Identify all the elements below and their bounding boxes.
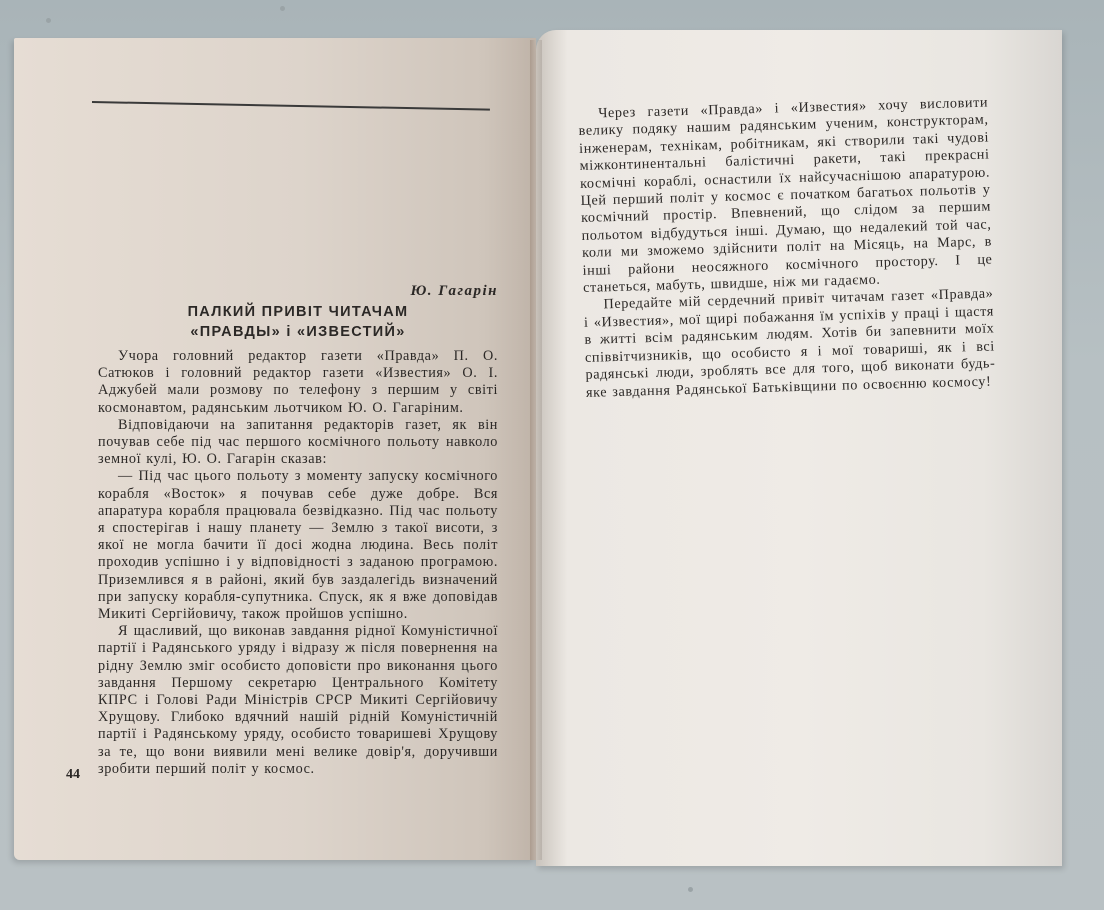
paragraph-quote: — Під час цього польоту з моменту запуск…: [98, 468, 498, 623]
paragraph: Я щасливий, що виконав завдання рідної К…: [98, 623, 498, 778]
article-title: ПАЛКИЙ ПРИВІТ ЧИТАЧАМ «ПРАВДЫ» і «ИЗВЕСТ…: [98, 302, 498, 342]
left-page-content: Ю. Гагарін ПАЛКИЙ ПРИВІТ ЧИТАЧАМ «ПРАВДЫ…: [98, 283, 498, 778]
paragraph: Через газети «Правда» і «Известия» хочу …: [578, 95, 993, 298]
right-page-content: Через газети «Правда» і «Известия» хочу …: [578, 95, 996, 402]
table-speck: [46, 18, 51, 23]
article-title-line-2: «ПРАВДЫ» і «ИЗВЕСТИЙ»: [190, 324, 405, 340]
table-speck: [688, 887, 693, 892]
paragraph: Учора головний редактор газети «Правда» …: [98, 348, 498, 417]
book-spine: [530, 40, 542, 860]
page-number: 44: [66, 767, 80, 783]
paragraph: Передайте мій сердечний привіт читачам г…: [583, 286, 996, 402]
article-title-line-1: ПАЛКИЙ ПРИВІТ ЧИТАЧАМ: [188, 304, 409, 320]
table-speck: [280, 6, 285, 11]
author-signature: Ю. Гагарін: [98, 283, 498, 300]
paragraph: Відповідаючи на запитання редакторів газ…: [98, 417, 498, 469]
